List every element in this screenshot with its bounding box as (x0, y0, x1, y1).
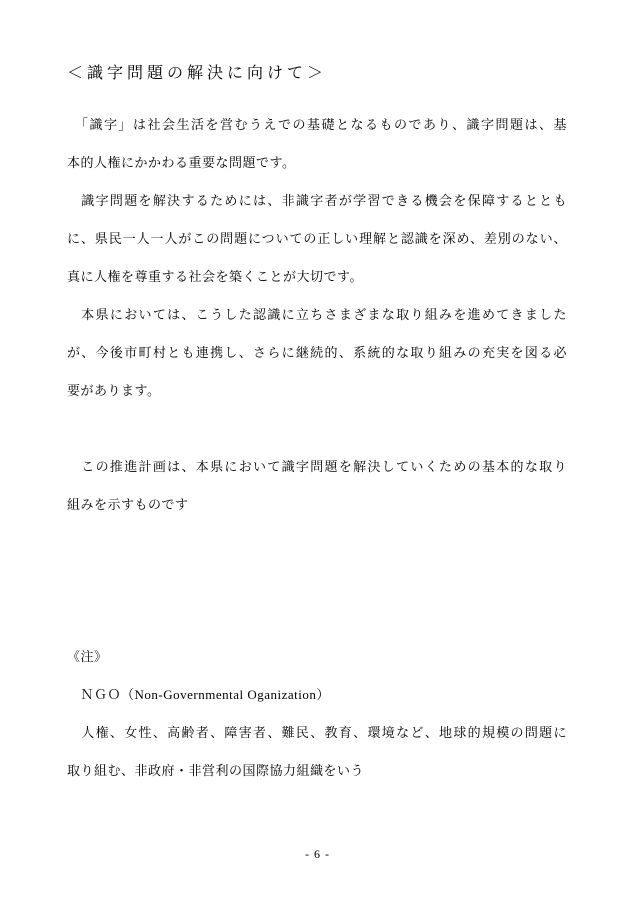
document-body: ＜識字問題の解決に向けて＞ 「識字」は社会生活を営むうえでの基礎となるものであり… (0, 0, 635, 790)
text-line: 真に人権を尊重する社会を築くことが大切です。 (67, 258, 567, 296)
page-title: ＜識字問題の解決に向けて＞ (67, 55, 567, 93)
text-line: この推進計画は、本県において識字問題を解決していくための基本的な取り (67, 448, 567, 486)
text-line: 本的人権にかかわる重要な問題です。 (67, 144, 567, 182)
text-line: 要があります。 (67, 372, 567, 410)
text-line: 本県においては、こうした認識に立ちさまざまな取り組みを進めてきました (67, 296, 567, 334)
paragraph-solution: 識字問題を解決するためには、非識字者が学習できる機会を保障するととも に、県民一… (67, 182, 567, 296)
paragraph-prefecture: 本県においては、こうした認識に立ちさまざまな取り組みを進めてきました が、今後市… (67, 296, 567, 410)
document-page: ＜識字問題の解決に向けて＞ 「識字」は社会生活を営むうえでの基礎となるものであり… (0, 0, 635, 898)
paragraph-intro: 「識字」は社会生活を営むうえでの基礎となるものであり、識字問題は、基 本的人権に… (67, 106, 567, 182)
note-term-ngo: ＮＧＯ（Non-Governmental Oganization） (67, 676, 567, 714)
note-section: 《注》 ＮＧＯ（Non-Governmental Oganization） 人権… (67, 638, 567, 790)
paragraph-plan: この推進計画は、本県において識字問題を解決していくための基本的な取り 組みを示す… (67, 448, 567, 524)
text-line: 取り組む、非政府・非営利の国際協力組織をいう (67, 752, 567, 790)
text-line: 「識字」は社会生活を営むうえでの基礎となるものであり、識字問題は、基 (67, 106, 567, 144)
text-line: が、今後市町村とも連携し、さらに継続的、系統的な取り組みの充実を図る必 (67, 334, 567, 372)
text-line: に、県民一人一人がこの問題についての正しい理解と認識を深め、差別のない、 (67, 220, 567, 258)
text-line: 組みを示すものです (67, 486, 567, 524)
text-line: 識字問題を解決するためには、非識字者が学習できる機会を保障するととも (67, 182, 567, 220)
text-line: 人権、女性、高齢者、障害者、難民、教育、環境など、地球的規模の問題に (67, 714, 567, 752)
page-number: - 6 - (0, 846, 635, 862)
note-header: 《注》 (67, 638, 567, 676)
